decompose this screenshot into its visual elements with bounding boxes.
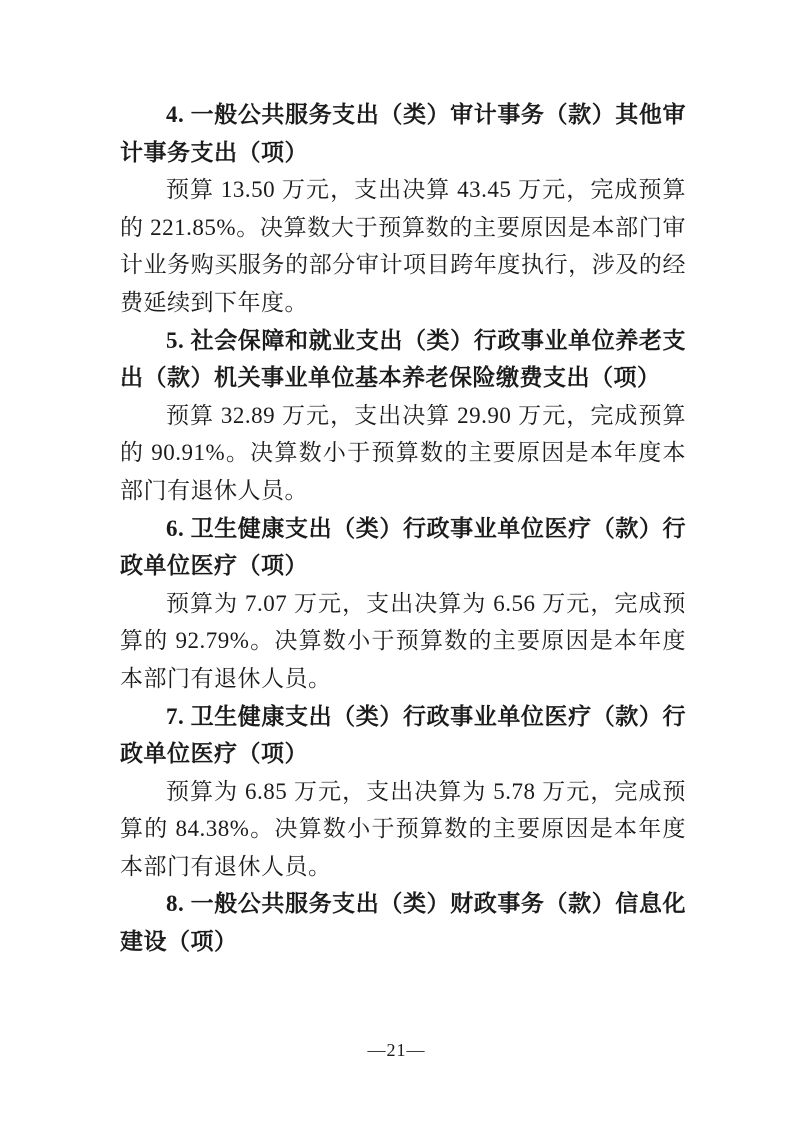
section-paragraph: 预算 32.89 万元，支出决算 29.90 万元，完成预算的 90.91%。决… — [120, 397, 686, 510]
budget-section-4: 4. 一般公共服务支出（类）审计事务（款）其他审计事务支出（项） 预算 13.5… — [120, 96, 686, 322]
budget-section-7: 7. 卫生健康支出（类）行政事业单位医疗（款）行政单位医疗（项） 预算为 6.8… — [120, 698, 686, 886]
section-heading: 5. 社会保障和就业支出（类）行政事业单位养老支出（款）机关事业单位基本养老保险… — [120, 322, 686, 397]
section-paragraph: 预算为 7.07 万元，支出决算为 6.56 万元，完成预算的 92.79%。决… — [120, 585, 686, 698]
budget-section-5: 5. 社会保障和就业支出（类）行政事业单位养老支出（款）机关事业单位基本养老保险… — [120, 322, 686, 510]
document-body: 4. 一般公共服务支出（类）审计事务（款）其他审计事务支出（项） 预算 13.5… — [120, 96, 686, 961]
section-heading: 4. 一般公共服务支出（类）审计事务（款）其他审计事务支出（项） — [120, 96, 686, 171]
section-paragraph: 预算 13.50 万元，支出决算 43.45 万元，完成预算的 221.85%。… — [120, 171, 686, 321]
section-heading: 8. 一般公共服务支出（类）财政事务（款）信息化建设（项） — [120, 885, 686, 960]
budget-section-6: 6. 卫生健康支出（类）行政事业单位医疗（款）行政单位医疗（项） 预算为 7.0… — [120, 510, 686, 698]
budget-section-8: 8. 一般公共服务支出（类）财政事务（款）信息化建设（项） — [120, 885, 686, 960]
section-heading: 6. 卫生健康支出（类）行政事业单位医疗（款）行政单位医疗（项） — [120, 510, 686, 585]
page-number: —21— — [0, 1038, 793, 1062]
section-heading: 7. 卫生健康支出（类）行政事业单位医疗（款）行政单位医疗（项） — [120, 698, 686, 773]
document-page: 4. 一般公共服务支出（类）审计事务（款）其他审计事务支出（项） 预算 13.5… — [0, 0, 793, 1122]
section-paragraph: 预算为 6.85 万元，支出决算为 5.78 万元，完成预算的 84.38%。决… — [120, 773, 686, 886]
